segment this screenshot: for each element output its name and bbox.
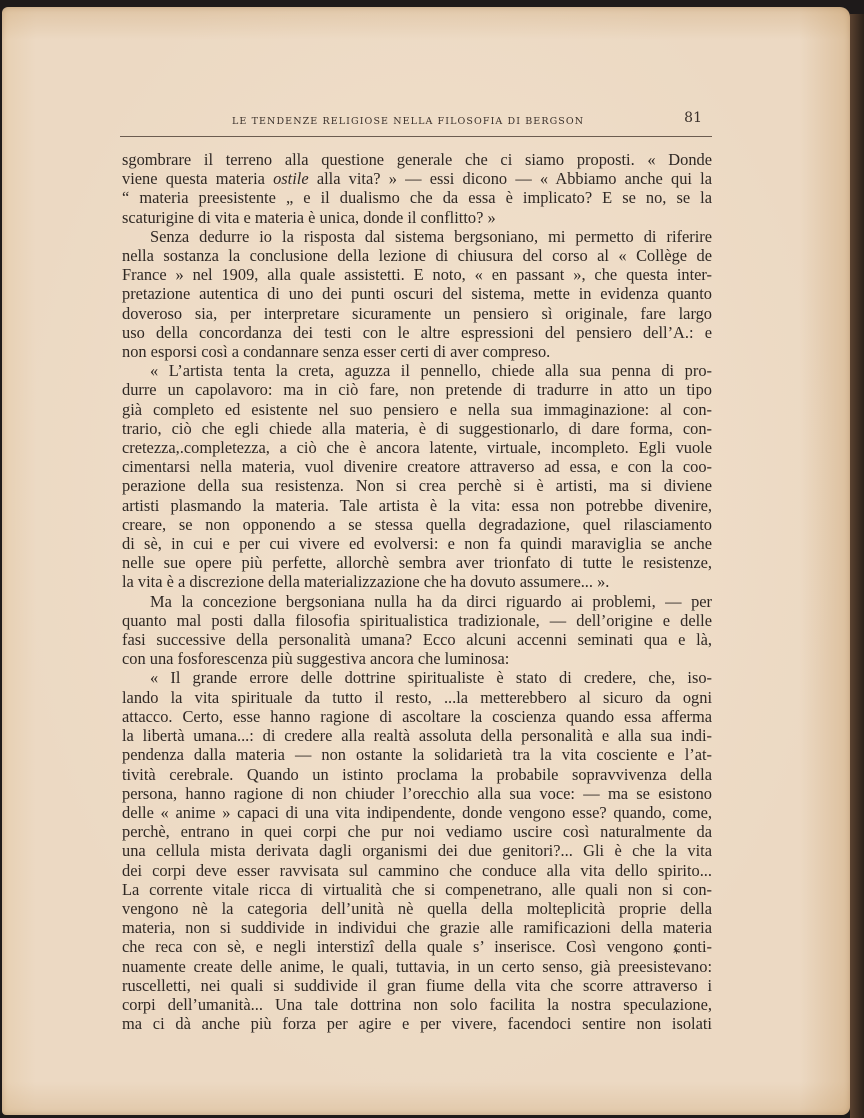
text-line: La corrente vitale ricca di virtualità c… bbox=[122, 880, 712, 899]
text-fragment: viene questa materia bbox=[122, 169, 273, 188]
text-line: sgombrare il terreno alla questione gene… bbox=[122, 150, 712, 169]
text-line: una cellula mista derivata dagli organis… bbox=[122, 841, 712, 860]
text-line: ma ci dà anche più forza per agire e per… bbox=[122, 1014, 712, 1033]
text-line: artisti plasmando la materia. Tale artis… bbox=[122, 496, 712, 515]
text-line: delle « anime » capaci di una vita indip… bbox=[122, 803, 712, 822]
text-line: nella sostanza la conclusione della lezi… bbox=[122, 246, 712, 265]
text-line: scaturigine di vita e materia è unica, d… bbox=[122, 208, 712, 227]
text-line: fasi successive della personalità umana?… bbox=[122, 630, 712, 649]
text-line: creare, se non opponendo a se stessa que… bbox=[122, 515, 712, 534]
text-line: cretezza,.completezza, a ciò che è ancor… bbox=[122, 438, 712, 457]
text-line: nuamente create delle anime, le quali, t… bbox=[122, 957, 712, 976]
text-line: doveroso sia, per interpretare sicuramen… bbox=[122, 304, 712, 323]
text-line: attacco. Certo, esse hanno ragione di as… bbox=[122, 707, 712, 726]
text-line: perazione della sua resistenza. Non si c… bbox=[122, 476, 712, 495]
text-line: già completo ed esistente nel suo pensie… bbox=[122, 400, 712, 419]
text-line: tività cerebrale. Quando un istinto proc… bbox=[122, 765, 712, 784]
text-line: la vita è a discrezione della materializ… bbox=[122, 572, 712, 591]
text-fragment: alla vita? » — essi dicono — « Abbiamo a… bbox=[309, 169, 712, 188]
paragraph-start: Ma la concezione bergsoniana nulla ha da… bbox=[122, 592, 712, 611]
body-text: sgombrare il terreno alla questione gene… bbox=[122, 150, 712, 1033]
running-head-title: LE TENDENZE RELIGIOSE NELLA FILOSOFIA DI… bbox=[232, 116, 584, 127]
text-line: nelle sue opere più perfette, allorchè s… bbox=[122, 553, 712, 572]
text-line: durre un capolavoro: ma in ciò fare, non… bbox=[122, 380, 712, 399]
text-line: lando la vita spirituale da tutto il res… bbox=[122, 688, 712, 707]
running-header: LE TENDENZE RELIGIOSE NELLA FILOSOFIA DI… bbox=[120, 108, 712, 137]
text-line: vengono nè la categoria dell’unità nè qu… bbox=[122, 899, 712, 918]
text-line: materia, non si suddivide in individui c… bbox=[122, 918, 712, 937]
text-line: non esporsi così a condannare senza esse… bbox=[122, 342, 712, 361]
text-line: ruscelletti, nei quali si suddivide il g… bbox=[122, 976, 712, 995]
text-line: “ materia preesistente „ e il dualismo c… bbox=[122, 188, 712, 207]
page-number: 81 bbox=[684, 110, 702, 126]
text-line: corpi dell’umanità... Una tale dottrina … bbox=[122, 995, 712, 1014]
text-line: con una fosforescenza più suggestiva anc… bbox=[122, 649, 712, 668]
paragraph-start: Senza dedurre io la risposta dal sistema… bbox=[122, 227, 712, 246]
text-line: persona, hanno ragione di non chiuder l’… bbox=[122, 784, 712, 803]
text-line: France » nel 1909, alla quale assistetti… bbox=[122, 265, 712, 284]
book-binding-edge bbox=[850, 14, 864, 1118]
text-line: la libertà umana...: di credere alla rea… bbox=[122, 726, 712, 745]
text-line: cimentarsi nella materia, vuol divenire … bbox=[122, 457, 712, 476]
text-line: pretazione autentica di uno dei punti os… bbox=[122, 284, 712, 303]
text-line: di sè, in cui e per cui vivere ed evolve… bbox=[122, 534, 712, 553]
text-line: pendenza dalla materia — non ostante la … bbox=[122, 745, 712, 764]
text-line: dei corpi deve esser ravvisata sul cammi… bbox=[122, 861, 712, 880]
text-line: uso della concordanza dei testi con le a… bbox=[122, 323, 712, 342]
quote-paragraph-start: « Il grande errore delle dottrine spirit… bbox=[122, 668, 712, 687]
text-line: che reca con sè, e negli interstizî dell… bbox=[122, 937, 712, 956]
italic-word: ostile bbox=[273, 169, 309, 188]
text-line-with-italic: viene questa materia ostile alla vita? »… bbox=[122, 169, 712, 188]
text-line: quanto mal posti dalla filosofia spiritu… bbox=[122, 611, 712, 630]
text-line: trario, ciò che egli chiede alla materia… bbox=[122, 419, 712, 438]
quote-paragraph-start: « L’artista tenta la creta, aguzza il pe… bbox=[122, 361, 712, 380]
asterisk-ornament: * bbox=[673, 946, 680, 962]
text-line: perchè, entrano in quei corpi che pur no… bbox=[122, 822, 712, 841]
